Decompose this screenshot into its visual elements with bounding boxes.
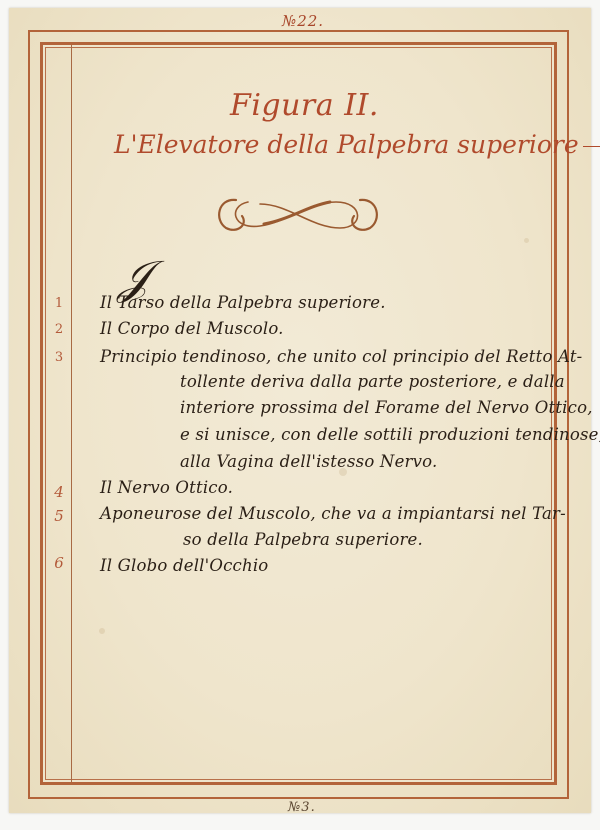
subtitle-flourish-line: [583, 146, 600, 147]
legend-number-2: 2: [52, 322, 66, 337]
legend-entry-3-line-2: tollente deriva dalla parte posteriore, …: [180, 372, 565, 391]
legend-entry-3-line-4: e si unisce, con delle sottili produzion…: [180, 425, 600, 444]
legend-entry-3-line-1: Principio tendinoso, che unito col princ…: [100, 347, 582, 366]
legend-number-1: 1: [52, 296, 66, 311]
outer-border-top: [28, 30, 569, 32]
legend-entry-5-line-1: Aponeurose del Muscolo, che va a impiant…: [100, 504, 566, 523]
legend-entry-3-line-5: alla Vagina dell'istesso Nervo.: [180, 452, 437, 471]
calligraphic-flourish-icon: [208, 190, 388, 236]
margin-rule: [71, 45, 72, 782]
subtitle-text: L'Elevatore della Palpebra superiore: [114, 130, 579, 159]
legend-entry-2: Il Corpo del Muscolo.: [100, 319, 284, 338]
folio-number-top: №22.: [282, 12, 324, 30]
outer-border-bottom: [28, 797, 569, 799]
legend-number-6: 6: [52, 554, 66, 572]
legend-number-5: 5: [52, 507, 66, 525]
legend-entry-4: Il Nervo Ottico.: [100, 478, 233, 497]
figure-subtitle: L'Elevatore della Palpebra superiore: [114, 130, 600, 159]
legend-number-3: 3: [52, 350, 66, 365]
legend-entry-5-line-2: so della Palpebra superiore.: [183, 530, 423, 549]
outer-border-left: [28, 30, 30, 799]
legend-entry-1: Il Tarso della Palpebra superiore.: [100, 293, 386, 312]
legend-entry-6: Il Globo dell'Occhio: [100, 556, 268, 575]
folio-number-bottom: №3.: [288, 800, 316, 815]
legend-number-4: 4: [52, 483, 66, 501]
legend-entry-3-line-3: interiore prossima del Forame del Nervo …: [180, 398, 593, 417]
figure-title: Figura II.: [230, 88, 379, 123]
